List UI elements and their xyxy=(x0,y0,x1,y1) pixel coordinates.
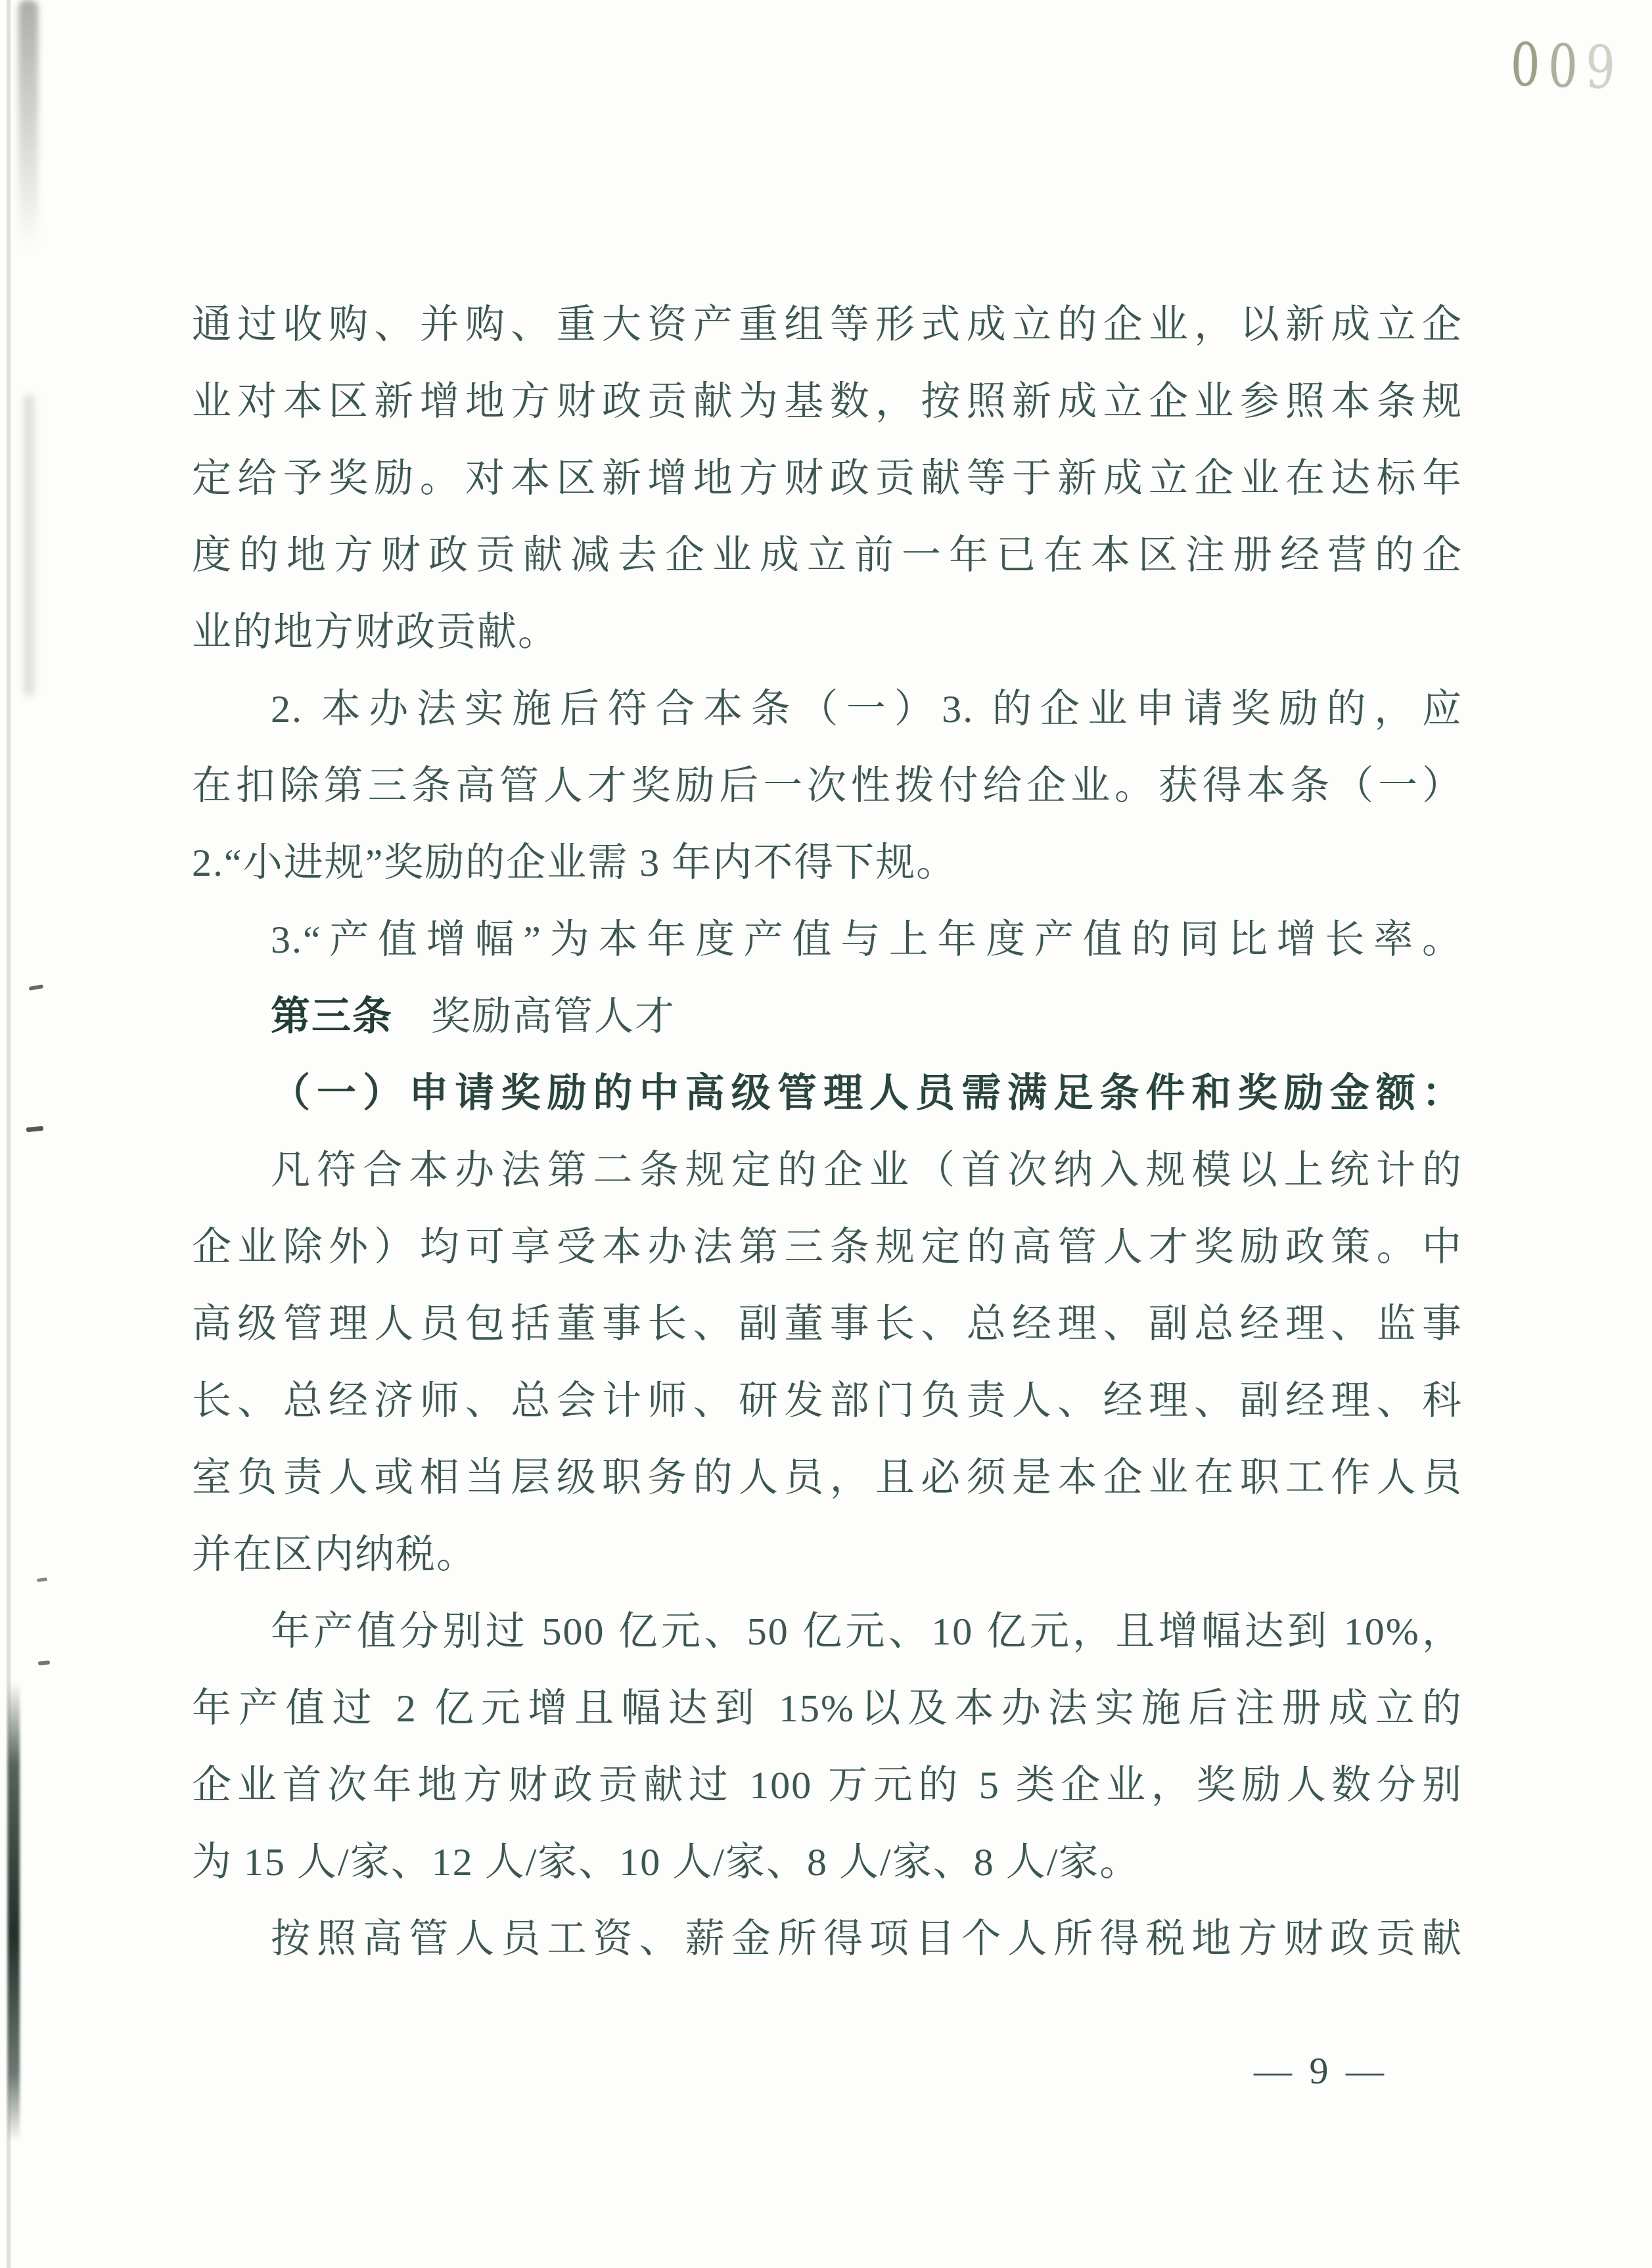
scan-artifact-mark xyxy=(37,1577,48,1582)
text-line: 定给予奖励。对本区新增地方财政贡献等于新成立企业在达标年 xyxy=(192,440,1463,517)
document-body: 通过收购、并购、重大资产重组等形式成立的企业，以新成立企 业对本区新增地方财政贡… xyxy=(192,286,1463,1978)
scan-artifact-dark-band xyxy=(8,1682,20,2142)
scan-artifact-mid-smudge xyxy=(24,394,34,696)
text-line: 年产值过 2 亿元增且幅达到 15%以及本办法实施后注册成立的 xyxy=(192,1670,1463,1747)
text-line: 长、总经济师、总会计师、研发部门负责人、经理、副经理、科 xyxy=(192,1363,1463,1440)
stamp-digit: 0 xyxy=(1510,30,1549,101)
page-footer-number: — 9 — xyxy=(1222,2049,1419,2093)
text-line: 为 15 人/家、12 人/家、10 人/家、8 人/家、8 人/家。 xyxy=(192,1824,1463,1901)
text-line: 度的地方财政贡献减去企业成立前一年已在本区注册经营的企 xyxy=(192,517,1463,594)
scan-artifact-mark xyxy=(38,1660,50,1666)
scan-artifact-top-smudge xyxy=(18,0,38,250)
text-line: 2.“小进规”奖励的企业需 3 年内不得下规。 xyxy=(192,825,1463,901)
text-line: 企业除外）均可享受本办法第三条规定的高管人才奖励政策。中 xyxy=(192,1209,1463,1286)
text-line: 业对本区新增地方财政贡献为基数，按照新成立企业参照本条规 xyxy=(192,363,1463,440)
scan-artifact-mark xyxy=(29,984,44,991)
text-line: 室负责人或相当层级职务的人员，且必须是本企业在职工作人员 xyxy=(192,1440,1463,1516)
article-heading-title: 奖励高管人才 xyxy=(431,995,676,1038)
text-line: 业的地方财政贡献。 xyxy=(192,594,1463,671)
page-stamp-number: 009 xyxy=(1510,30,1624,103)
text-line: 高级管理人员包括董事长、副董事长、总经理、副总经理、监事 xyxy=(192,1286,1463,1363)
text-line: 企业首次年地方财政贡献过 100 万元的 5 类企业，奖励人数分别 xyxy=(192,1747,1463,1824)
text-line: 年产值分别过 500 亿元、50 亿元、10 亿元，且增幅达到 10%， xyxy=(192,1593,1463,1670)
stamp-digit: 9 xyxy=(1585,33,1624,103)
text-line: 并在区内纳税。 xyxy=(192,1516,1463,1593)
text-line: 通过收购、并购、重大资产重组等形式成立的企业，以新成立企 xyxy=(192,286,1463,363)
document-page: 009 通过收购、并购、重大资产重组等形式成立的企业，以新成立企 业对本区新增地… xyxy=(0,0,1652,2268)
text-line: 3.“产值增幅”为本年度产值与上年度产值的同比增长率。 xyxy=(192,901,1463,978)
text-line: 凡符合本办法第二条规定的企业（首次纳入规模以上统计的 xyxy=(192,1132,1463,1209)
text-line: 2. 本办法实施后符合本条（一）3. 的企业申请奖励的，应 xyxy=(192,671,1463,748)
text-line: （一）申请奖励的中高级管理人员需满足条件和奖励金额： xyxy=(192,1055,1463,1132)
article-heading-number: 第三条 xyxy=(271,993,393,1039)
article-heading: 第三条奖励高管人才 xyxy=(192,978,1463,1055)
text-line: 按照高管人员工资、薪金所得项目个人所得税地方财政贡献 xyxy=(192,1901,1463,1978)
scan-artifact-mark xyxy=(26,1126,44,1133)
stamp-digit: 0 xyxy=(1548,32,1586,102)
text-line: 在扣除第三条高管人才奖励后一次性拨付给企业。获得本条（一） xyxy=(192,748,1463,825)
